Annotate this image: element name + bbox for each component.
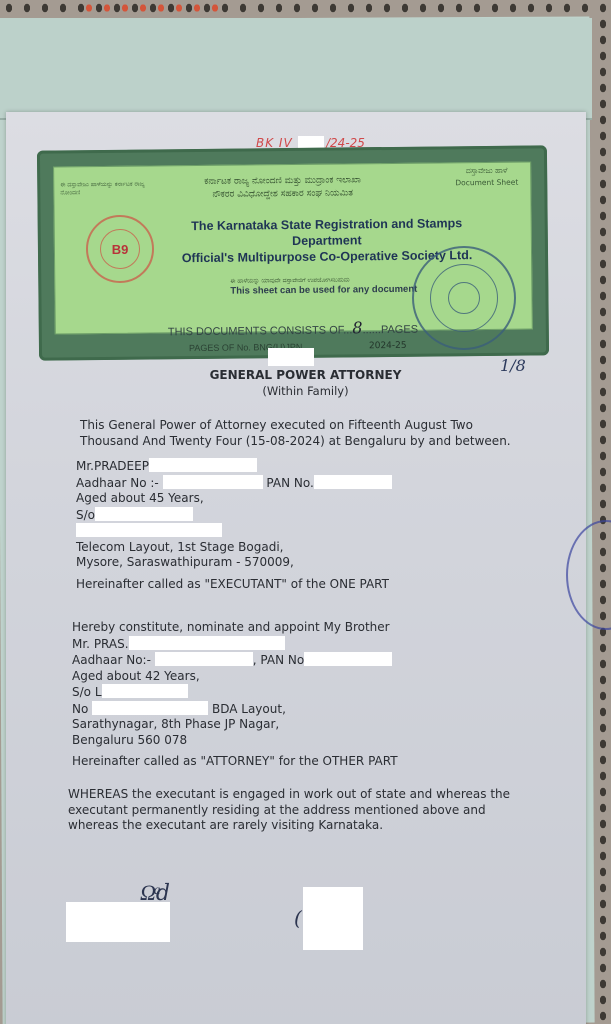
seal-code: B9 [88,217,152,281]
intro-line-1: This General Power of Attorney executed … [80,418,520,434]
whereas-line-3: whereas the executant are rarely visitin… [68,818,510,834]
redaction [163,475,263,489]
executant-address-line-2: Mysore, Saraswathipuram - 570009, [76,555,392,571]
redaction [304,652,392,666]
redaction [314,475,392,489]
attorney-parent: S/o L [72,684,398,701]
redaction [92,701,208,715]
sub-registrar-seal-icon [412,246,516,350]
executant-parent: S/o [76,507,392,524]
attorney-block: Hereby constitute, nominate and appoint … [72,620,398,770]
stamp-footer-year: 2024-25 [369,341,407,351]
aadhaar-label: Aadhaar No:- [72,653,151,667]
folder-flap [0,18,592,120]
attorney-age: Aged about 42 Years, [72,669,398,685]
address-suffix: BDA Layout, [212,702,286,716]
pan-label: , PAN No [253,653,304,667]
so-label: S/o L [72,685,102,699]
signature-redaction [303,887,363,950]
executant-role: Hereinafter called as "EXECUTANT" of the… [76,577,392,593]
consists-suffix: ......PAGES [363,324,419,337]
consists-prefix: THIS DOCUMENTS CONSISTS OF... [168,324,353,338]
attorney-name: Mr. PRAS. [72,636,398,653]
redaction [95,507,193,521]
department-line-1: The Karnataka State Registration and Sta… [157,215,497,251]
redaction [129,636,285,650]
pages-count: 8 [352,318,362,337]
executant-name: Mr.PRADEEP [76,458,392,475]
executant-address-redacted [76,523,392,540]
document-sheet-kannada: ದಸ್ತಾವೇಜು ಹಾಳೆ [455,165,518,178]
pages-count-line: THIS DOCUMENTS CONSISTS OF...8......PAGE… [168,318,418,340]
document-subtitle: (Within Family) [0,384,611,400]
attorney-name-prefix: Mr. PRAS. [72,637,129,651]
document-sheet-english: Document Sheet [455,177,518,190]
kannada-title-line-2: ನೌಕರರ ವಿವಿಧೋದ್ದೇಶ ಸಹಕಾರ ಸಂಘ ನಿಯಮಿತ [204,187,361,202]
redaction [76,523,222,537]
so-label: S/o [76,508,95,522]
whereas-line-2: executant permanently residing at the ad… [68,803,510,819]
document-sheet-label: ದಸ್ತಾವೇಜು ಹಾಳೆ Document Sheet [455,165,518,190]
redaction [268,348,314,366]
whereas-line-1: WHEREAS the executant is engaged in work… [68,787,510,803]
redaction [155,652,253,666]
intro-line-2: Thousand And Twenty Four (15-08-2024) at… [80,434,520,450]
stamp-kannada-title: ಕರ್ನಾಟಕ ರಾಜ್ಯ ನೋಂದಣಿ ಮತ್ತು ಮುದ್ರಾಂಕ ಇಲಾಖ… [204,174,361,202]
attorney-role: Hereinafter called as "ATTORNEY" for the… [72,754,398,770]
pan-label: PAN No. [266,476,313,490]
executant-age: Aged about 45 Years, [76,491,392,507]
background-red-dots [80,0,220,18]
attorney-ids: Aadhaar No:- , PAN No [72,652,398,669]
society-seal-icon: B9 [86,215,154,283]
attorney-address-line-3: Bengaluru 560 078 [72,733,398,749]
whereas-paragraph: WHEREAS the executant is engaged in work… [68,787,510,834]
no-label: No [72,702,88,716]
attorney-signature: ( [294,906,302,930]
signature-redaction [66,902,170,942]
executant-address-line-1: Telecom Layout, 1st Stage Bogadi, [76,540,392,556]
stamp-kannada-note: ಈ ದಸ್ತಾವೇಜು ಹಾಳೆಯನ್ನು ಕರ್ನಾಟಕ ರಾಜ್ಯ ನೋಂದ… [60,180,150,197]
redaction [149,458,257,472]
attorney-address-line-1: No BDA Layout, [72,701,398,718]
aadhaar-label: Aadhaar No :- [76,476,159,490]
executant-block: Mr.PRADEEP Aadhaar No :- PAN No. Aged ab… [76,458,392,592]
executant-name-prefix: Mr.PRADEEP [76,459,149,473]
redaction [102,684,188,698]
document-title: GENERAL POWER ATTORNEY [0,368,611,384]
intro-paragraph: This General Power of Attorney executed … [80,418,520,449]
appoint-clause: Hereby constitute, nominate and appoint … [72,620,398,636]
executant-ids: Aadhaar No :- PAN No. [76,475,392,492]
any-document-note: This sheet can be used for any document [230,284,417,297]
attorney-address-line-2: Sarathynagar, 8th Phase JP Nagar, [72,717,398,733]
